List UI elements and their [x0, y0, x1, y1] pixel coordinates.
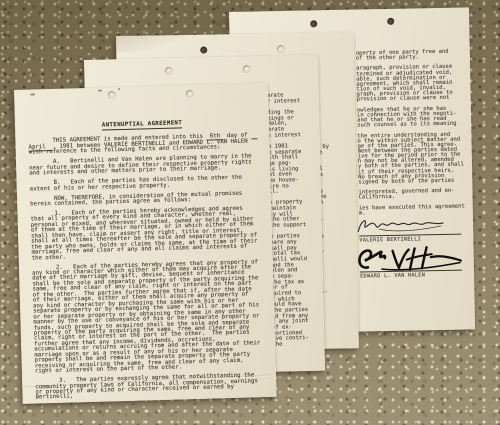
punch-hole — [277, 45, 284, 52]
paper-stain — [30, 93, 35, 95]
paragraph-3: 3. The parties expressly agree that notw… — [35, 373, 264, 401]
recital-a: A. Bertinelli and Van Halen are planning… — [29, 155, 257, 178]
punch-hole — [310, 20, 317, 27]
paper-shading — [116, 35, 186, 52]
edward-typed-name: EDWARD L. VAN HALEN — [360, 270, 462, 280]
valerie-typed-name: VALERIE BERTINELLI — [359, 234, 461, 244]
paragraph-2: 2. Each of the parties hereby agrees tha… — [32, 260, 263, 375]
document-page-1: ANTENUPTIAL AGREEMENT THIS AGREEMENT is … — [14, 83, 277, 404]
paragraph-1: 1. Each of the parties hereby acknowledg… — [30, 206, 259, 261]
recital-b: B. Each of the parties has disclosed to … — [30, 175, 258, 192]
page2-text-fragments: arate r interest ding the nings or Halen… — [267, 93, 323, 349]
antenuptial-agreement-photo: operty of one party free and of the othe… — [0, 0, 500, 425]
intro-paragraph: THIS AGREEMENT is made and entered into … — [28, 134, 256, 157]
signature-block: VALERIE BERTINELLI EDWARD L. VAN HALEN — [353, 213, 472, 281]
punch-hole — [165, 67, 172, 74]
page-title: ANTENUPTIAL AGREEMENT — [28, 119, 256, 131]
punch-hole — [387, 18, 394, 25]
punch-hole — [243, 65, 250, 72]
page4-text-fragments: operty of one party free and of the othe… — [356, 49, 469, 216]
punch-hole — [186, 90, 193, 97]
page1-body: ANTENUPTIAL AGREEMENT THIS AGREEMENT is … — [28, 119, 264, 406]
punch-hole — [200, 47, 207, 54]
paper-stain — [98, 90, 102, 92]
paper-stain — [118, 88, 120, 90]
punch-hole — [108, 91, 115, 98]
